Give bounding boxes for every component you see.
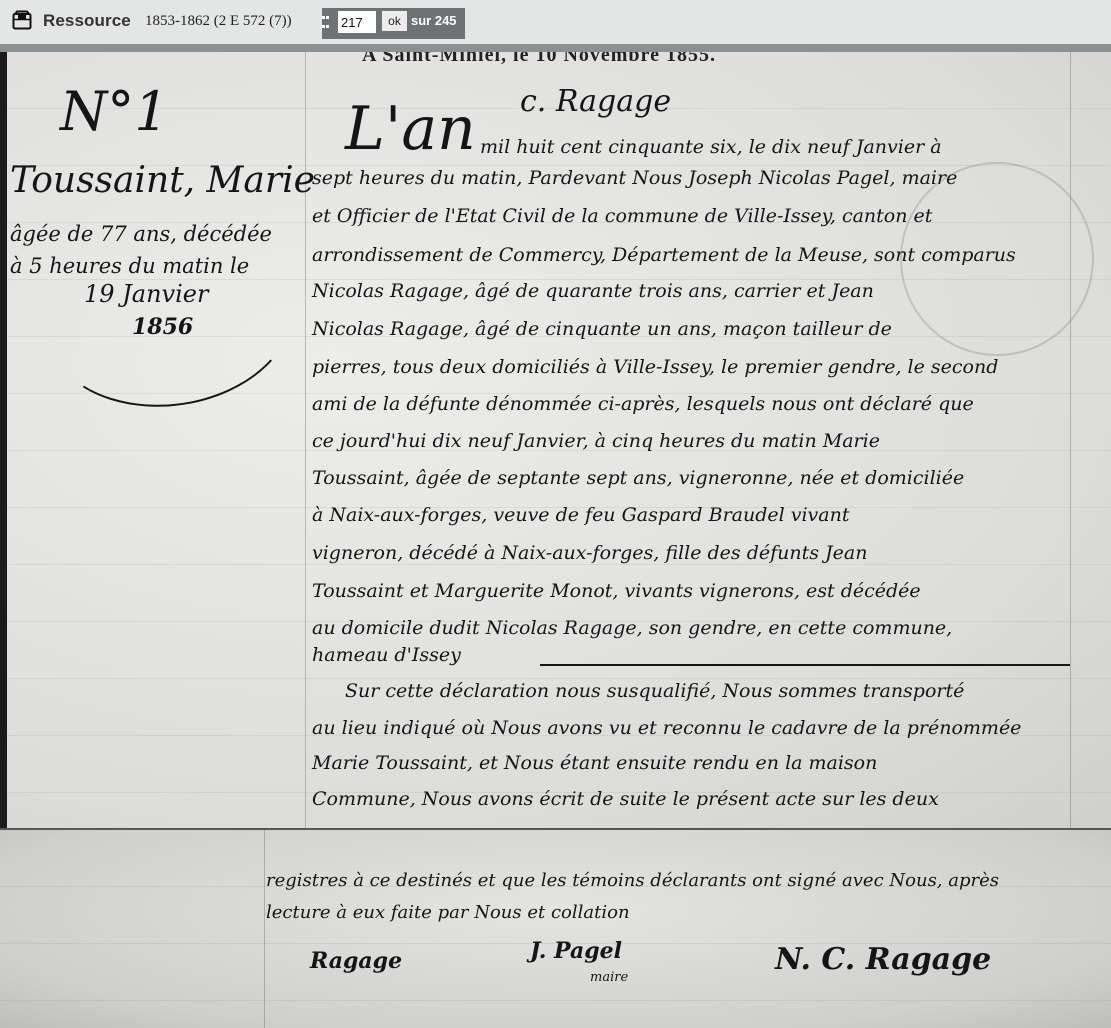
witness-signature: N. C. Ragage	[775, 942, 991, 977]
resource-toolbar: Ressource 1853-1862 (2 E 572 (7)) ok sur…	[0, 0, 1111, 44]
act-line: pierres, tous deux domiciliés à Ville-Is…	[312, 356, 998, 378]
page-navigator: ok sur 245	[322, 8, 465, 39]
act-line: hameau d'Issey	[312, 644, 461, 666]
act-line: à Naix-aux-forges, veuve de feu Gaspard …	[312, 504, 850, 526]
act-line: Commune, Nous avons écrit de suite le pr…	[312, 788, 939, 810]
printed-header: A Saint-Mihiel, le 10 Novembre 1855.	[362, 52, 716, 67]
act-line: ami de la défunte dénommée ci-après, les…	[312, 393, 974, 415]
act-opening: L'an	[345, 94, 476, 164]
annotation-signature: c. Ragage	[520, 84, 671, 119]
scan-page-upper: A Saint-Mihiel, le 10 Novembre 1855. N°1…	[0, 52, 1111, 828]
act-line: Toussaint et Marguerite Monot, vivants v…	[312, 580, 921, 602]
act-line: au lieu indiqué où Nous avons vu et reco…	[312, 717, 1021, 739]
go-to-page-button[interactable]: ok	[382, 11, 407, 31]
act-line: ce jourd'hui dix neuf Janvier, à cinq he…	[312, 430, 880, 452]
margin-rule	[264, 830, 265, 1028]
act-line: lecture à eux faite par Nous et collatio…	[266, 902, 630, 923]
page-number-input[interactable]	[338, 11, 376, 33]
act-line: arrondissement de Commercy, Département …	[312, 244, 1016, 266]
act-line: et Officier de l'Etat Civil de la commun…	[312, 205, 932, 227]
document-viewer[interactable]: A Saint-Mihiel, le 10 Novembre 1855. N°1…	[0, 52, 1111, 1028]
act-line: Marie Toussaint, et Nous étant ensuite r…	[312, 752, 877, 774]
act-line: Sur cette déclaration nous susqualifié, …	[345, 680, 964, 702]
act-number: N°1	[60, 80, 169, 143]
act-line: registres à ce destinés et que les témoi…	[266, 870, 999, 891]
drag-handle-icon[interactable]	[322, 16, 326, 28]
archive-box-icon	[12, 10, 32, 30]
margin-rule	[1070, 52, 1071, 828]
act-line: Toussaint, âgée de septante sept ans, vi…	[312, 467, 964, 489]
resource-label: Ressource	[43, 11, 131, 31]
mayor-signature: J. Pagel	[530, 938, 622, 964]
total-pages-label: sur 245	[411, 13, 457, 28]
deceased-name: Toussaint, Marie	[10, 160, 315, 201]
act-line: Nicolas Ragage, âgé de cinquante un ans,…	[312, 318, 892, 340]
resource-reference: 1853-1862 (2 E 572 (7))	[145, 13, 292, 30]
act-line: Nicolas Ragage, âgé de quarante trois an…	[312, 280, 874, 302]
line-filler	[540, 664, 1070, 666]
witness-signature: Ragage	[310, 948, 402, 974]
act-line: mil huit cent cinquante six, le dix neuf…	[480, 136, 942, 158]
act-line: sept heures du matin, Pardevant Nous Jos…	[312, 167, 957, 189]
act-line: au domicile dudit Nicolas Ragage, son ge…	[312, 617, 952, 639]
mayor-title: maire	[590, 970, 628, 985]
toolbar-divider	[0, 44, 1111, 52]
scan-page-lower: registres à ce destinés et que les témoi…	[0, 828, 1111, 1028]
act-line: vigneron, décédé à Naix-aux-forges, fill…	[312, 542, 867, 564]
page-binding-edge	[0, 52, 7, 828]
